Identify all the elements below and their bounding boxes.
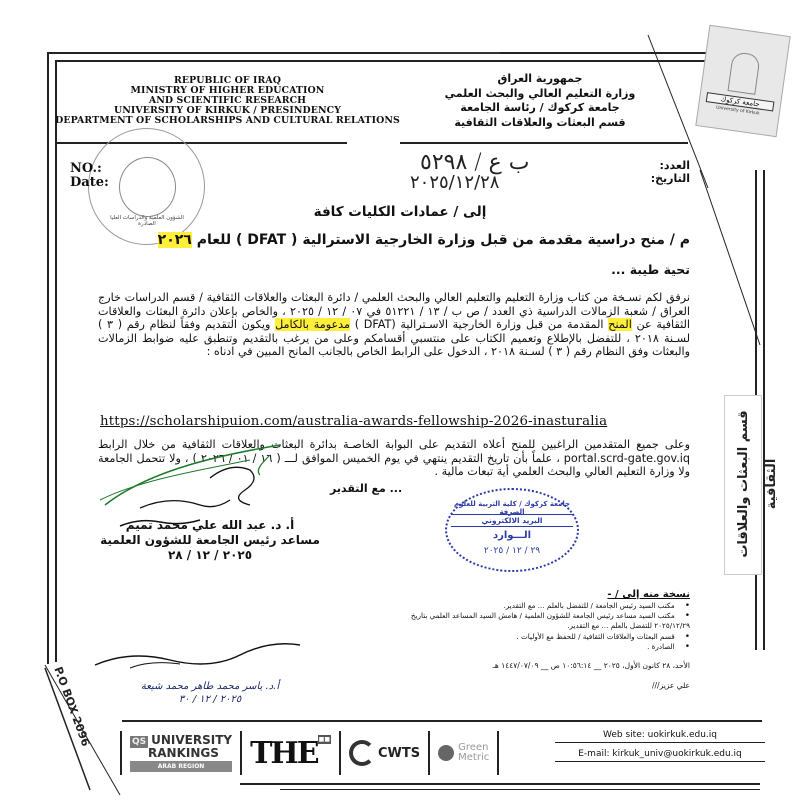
subject-line: م / منح دراسية مقدمة من قبل وزارة الخارج… <box>100 232 690 248</box>
typist-initials: علي عزيز/// <box>600 681 690 690</box>
highlight-grants: المنح <box>608 318 632 331</box>
letterhead-line: جمهورية العراق <box>440 72 640 87</box>
website-link[interactable]: Web site: uokirkuk.edu.iq <box>555 728 765 743</box>
copy-item: مكتب السيد رئيس الجامعة / للتفضل بالعلم … <box>380 601 690 611</box>
signatory-date: ٢٠٢٥ / ١٢ / ٢٨ <box>100 548 320 563</box>
body-paragraph-2: وعلى جميع المتقدمين الراغبين للمنح أعلاه… <box>98 438 690 479</box>
globe-icon <box>438 745 454 761</box>
para1-part-b: المقدمة من قبل وزارة الخارجية الاسـترالي… <box>355 318 604 331</box>
rankings-divider <box>497 731 499 775</box>
highlight-fully-funded: مدعومة بالكامل <box>275 318 350 331</box>
regards-line: ... مع التقدير <box>330 482 402 495</box>
copies-title: نسخة منه إلى / - <box>600 589 690 600</box>
reference-labels-ar: العدد: التاريخ: <box>640 159 690 185</box>
copies-list: مكتب السيد رئيس الجامعة / للتفضل بالعلم … <box>380 601 690 652</box>
header-divider-left <box>57 142 347 144</box>
the-rankings-logo: THE■■ <box>240 731 339 775</box>
footer-bottom-line <box>240 783 760 785</box>
handwritten-endorsement: أ.د. ياسر محمد طاهر محمد شيعة ٢٠٢٥ / ١٢ … <box>140 680 280 706</box>
header-top-line <box>400 52 500 54</box>
letterhead-line: DEPARTMENT OF SCHOLARSHIPS AND CULTURAL … <box>55 116 400 126</box>
ar-date-label: التاريخ: <box>640 172 690 185</box>
header-divider-right <box>400 142 688 144</box>
qs-rankings-logo: QSUNIVERSITY RANKINGS ARAB REGION <box>120 731 240 775</box>
cwts-logo: CWTS <box>339 731 428 775</box>
footer-bottom-line-thin <box>280 789 760 790</box>
email-link[interactable]: E-mail: kirkuk_univ@uokirkuk.edu.iq <box>555 747 765 762</box>
po-box: P.O BOX 2096 <box>51 665 92 748</box>
stamp-date: ٢٩ / ١٢ / ٢٠٢٥ <box>447 546 577 556</box>
letterhead-line: وزارة التعليم العالي والبحث العلمي <box>440 87 640 102</box>
ar-no-label: العدد: <box>640 159 690 172</box>
letterhead-line: جامعة كركوك / رئاسة الجامعة <box>440 101 640 116</box>
subject-text: م / منح دراسية مقدمة من قبل وزارة الخارج… <box>197 232 690 248</box>
greeting: تحية طيبة ... <box>500 262 690 277</box>
copy-item: قسم البعثات والعلاقات الثقافية / للحفظ م… <box>380 632 690 642</box>
letterhead-line: قسم البعثات والعلاقات الثقافية <box>440 116 640 131</box>
rankings-logos: QSUNIVERSITY RANKINGS ARAB REGION THE■■ … <box>120 726 499 780</box>
reference-labels-en: NO.: Date: <box>70 162 109 190</box>
subject-year-highlight: ٢٠٢٦ <box>158 232 192 248</box>
document-timestamp: الأحد، ٢٨ كانون الأول، ٢٠٢٥ __ ١٠:٥٦:١٤ … <box>380 661 690 670</box>
university-logo: جامعة كركوك University of Kirkuk <box>695 25 790 137</box>
endorser-name: أ.د. ياسر محمد طاهر محمد شيعة <box>140 680 280 693</box>
english-letterhead: REPUBLIC OF IRAQ MINISTRY OF HIGHER EDUC… <box>55 76 400 126</box>
signatory-name: أ. د. عبد الله علي محمد تميم <box>100 518 320 533</box>
qs-icon: QS <box>130 736 148 748</box>
no-label: NO.: <box>70 162 109 176</box>
copy-item: الصادرة . <box>380 642 690 652</box>
department-side-label: قسم البعثات والعلاقات الثقافية <box>730 389 758 579</box>
body-paragraph-1: نرفق لكم نسـخة من كتاب وزارة التعليم وال… <box>98 291 690 359</box>
incoming-mail-stamp: جامعة كركوك / كلية التربية للعلوم الصرفة… <box>445 488 579 572</box>
date-label: Date: <box>70 176 109 190</box>
contact-info: Web site: uokirkuk.edu.iq E-mail: kirkuk… <box>555 728 765 766</box>
stamp-incoming: الـــوارد <box>447 530 577 541</box>
endorser-date: ٢٠٢٥ / ١٢ / ٣٠ <box>140 693 280 706</box>
greenmetric-logo: GreenMetric <box>428 731 497 775</box>
cwts-ring-icon <box>349 740 375 766</box>
reference-date: ٢٠٢٥/١٢/٢٨ <box>410 172 499 193</box>
logo-emblem-icon <box>727 51 760 95</box>
scholarship-link[interactable]: https://scholarshipuion.com/australia-aw… <box>100 414 700 429</box>
stamp-email-band: البريد الالكتروني <box>451 514 573 527</box>
recipient-line: إلى / عمادات الكليات كافة <box>250 204 550 220</box>
seal-text: الشؤون العلمية والدراسات العليا الصادرة <box>109 215 185 227</box>
arabic-letterhead: جمهورية العراق وزارة التعليم العالي والب… <box>440 72 640 130</box>
footer-divider <box>122 720 762 722</box>
seal-emblem-icon <box>119 157 176 217</box>
signatory-block: أ. د. عبد الله علي محمد تميم مساعد رئيس … <box>100 518 320 563</box>
signatory-title: مساعد رئيس الجامعة للشؤون العلمية <box>100 533 320 548</box>
copy-item: مكتب السيد مساعد رئيس الجامعة للشؤون الع… <box>380 611 690 631</box>
